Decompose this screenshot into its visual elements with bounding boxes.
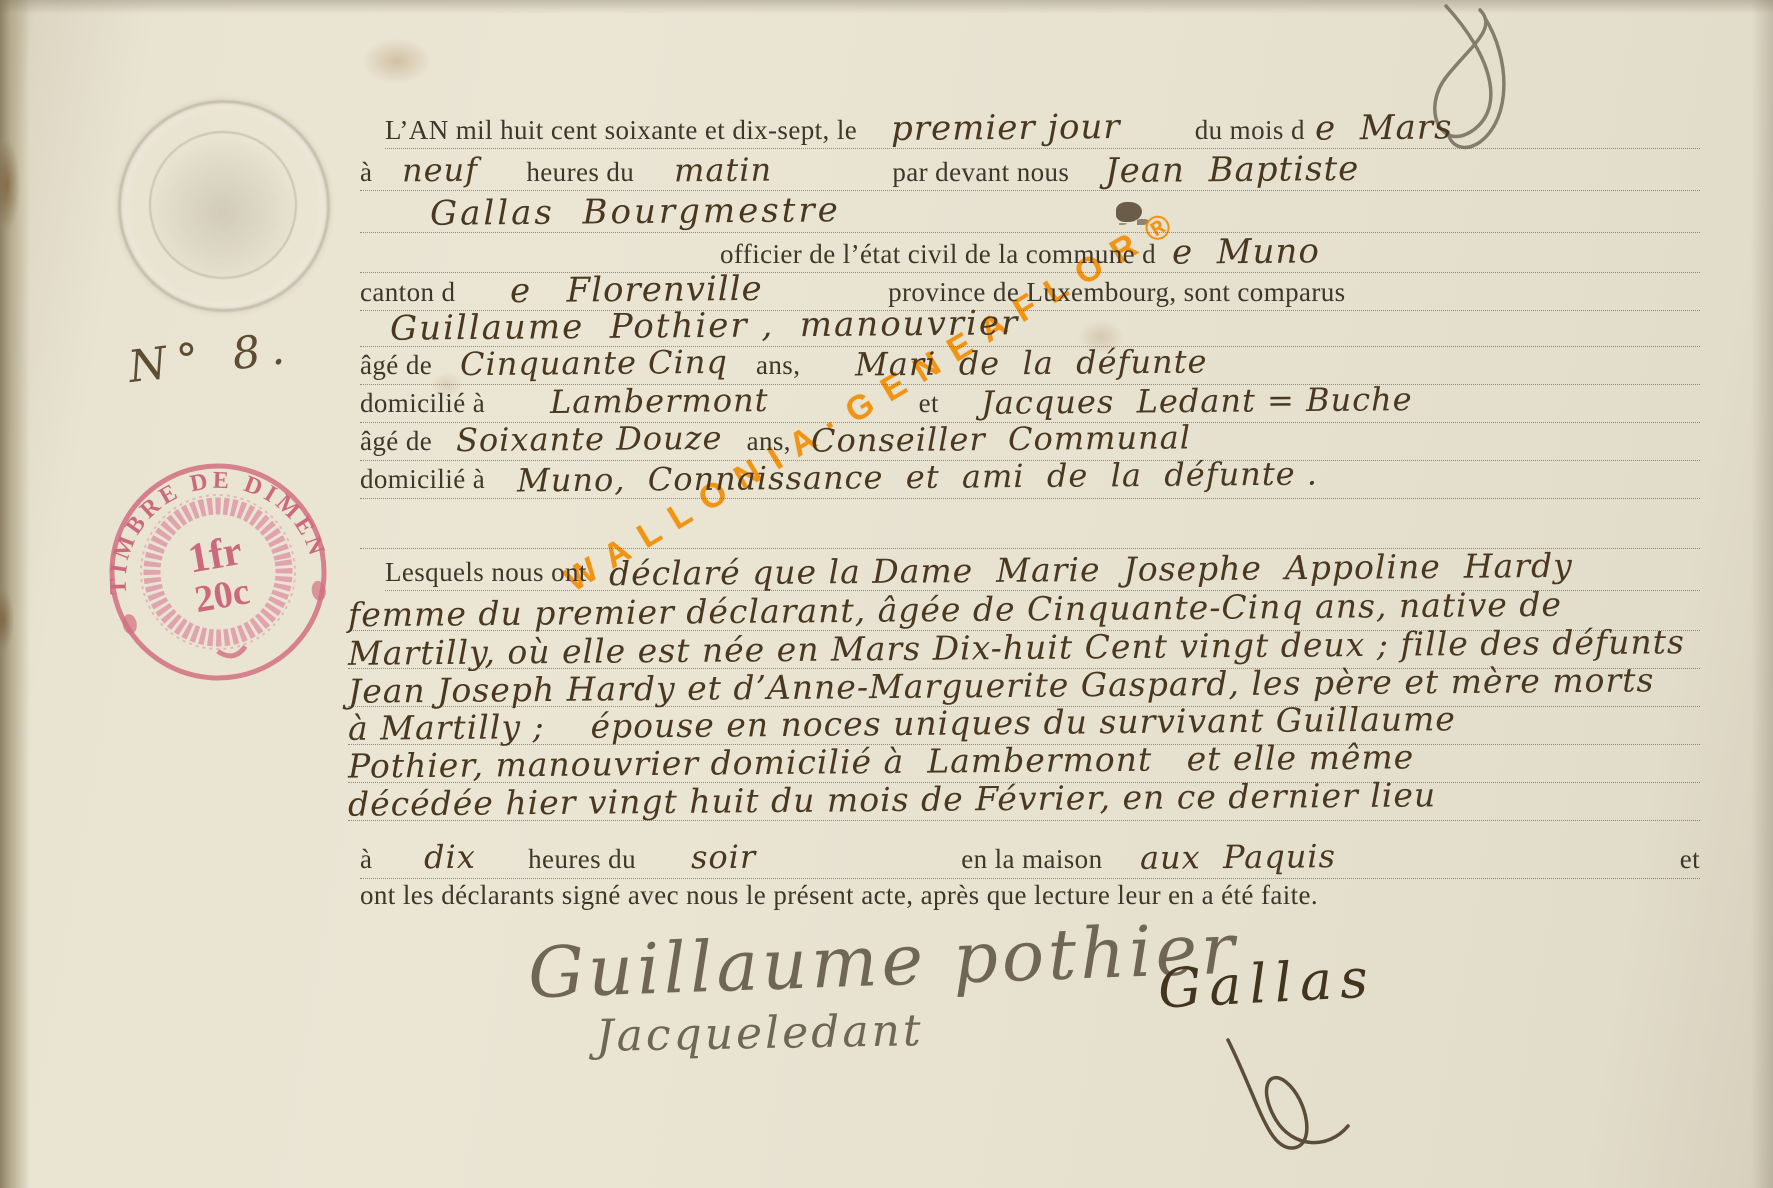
stamp-value-bottom: 20c xyxy=(192,570,253,621)
handwritten-entry: Muno, Connaissance et ami de la défunte … xyxy=(517,455,1318,500)
form-line-blank xyxy=(360,508,1700,549)
handwritten-entry: neuf xyxy=(402,151,478,190)
civil-register-page: N° 8. TIMBRE DE DIMENSION. 1fr 20c WALLO… xyxy=(0,0,1773,1188)
signature-bourgmestre: Gallas xyxy=(1157,946,1378,1020)
form-line-5: canton d e Florenville province de Luxem… xyxy=(360,270,1700,311)
printed-text: à xyxy=(360,844,372,875)
printed-text: domicilié à xyxy=(360,388,485,419)
handwritten-entry: décédée hier vingt huit du mois de Févri… xyxy=(348,775,1436,823)
form-line-7: âgé de Cinquante Cinq ans, Mari de la dé… xyxy=(360,344,1700,385)
printed-text: en la maison xyxy=(961,844,1102,875)
paper-stain xyxy=(362,38,432,84)
handwritten-entry: soir xyxy=(691,838,757,877)
form-line-17: Pothier, manouvrier domicilié à Lambermo… xyxy=(348,742,1700,783)
printed-text: ans, xyxy=(756,350,800,381)
handwritten-entry: Jean Baptiste xyxy=(1105,149,1360,191)
revenue-stamp: TIMBRE DE DIMENSION. 1fr 20c xyxy=(86,438,351,706)
printed-text: L’AN mil huit cent soixante et dix-sept,… xyxy=(385,115,857,146)
binding-edge xyxy=(0,0,30,1188)
printed-text: heures du xyxy=(528,844,636,875)
printed-text: Lesquels nous ont xyxy=(385,557,587,588)
embossed-seal xyxy=(118,100,330,312)
handwritten-entry: dix xyxy=(424,838,476,876)
handwritten-entry: Gallas Bourgmestre xyxy=(430,190,841,234)
printed-text: et xyxy=(1680,844,1700,875)
form-line-9: âgé de Soixante Douze ans, Conseiller Co… xyxy=(360,420,1700,461)
handwritten-entry: Jacques Ledant = Buche xyxy=(981,380,1413,422)
handwritten-entry: premier jour xyxy=(891,107,1121,149)
form-line-10: domicilié à Muno, Connaissance et ami de… xyxy=(360,458,1700,499)
page-edge-right xyxy=(1751,0,1773,1188)
handwritten-entry: e Florenville xyxy=(510,269,763,311)
signature-jacques-ledant: Jacqueledant xyxy=(596,1005,924,1062)
printed-text: officier de l’état civil de la commune d xyxy=(720,239,1156,270)
printed-text: ont les déclarants signé avec nous le pr… xyxy=(360,880,1318,911)
printed-text: heures du xyxy=(526,157,634,188)
handwritten-entry: e Muno xyxy=(1172,231,1320,272)
signature-guillaume-pothier: Guillaume pothier xyxy=(527,908,1240,1015)
signature-flourish xyxy=(1198,1030,1368,1180)
handwritten-entry: matin xyxy=(674,151,772,190)
printed-text: et xyxy=(919,388,939,419)
form-line-3: Gallas Bourgmestre xyxy=(360,192,1700,233)
printed-text: à xyxy=(360,157,372,188)
form-line-19: à dix heures du soir en la maison aux Pa… xyxy=(360,838,1700,879)
handwritten-entry: Mari de la défunte xyxy=(855,342,1208,383)
form-line-4: officier de l’état civil de la commune d… xyxy=(360,232,1700,273)
printed-text: canton d xyxy=(360,277,455,308)
handwritten-entry: Guillaume Pothier , manouvrier xyxy=(390,303,1020,348)
printed-text: âgé de xyxy=(360,350,432,381)
form-line-18: décédée hier vingt huit du mois de Févri… xyxy=(348,780,1700,821)
form-line-6: Guillaume Pothier , manouvrier xyxy=(360,306,1700,347)
form-line-15: Jean Joseph Hardy et d’Anne-Marguerite G… xyxy=(348,666,1700,707)
printed-text: domicilié à xyxy=(360,464,485,495)
form-line-2: à neuf heures du matin par devant nous J… xyxy=(360,150,1700,191)
form-line-16: à Martilly ; épouse en noces uniques du … xyxy=(348,704,1700,745)
handwritten-entry: Cinquante Cinq xyxy=(460,343,728,383)
form-line-1: L’AN mil huit cent soixante et dix-sept,… xyxy=(385,108,1700,149)
printed-text: âgé de xyxy=(360,426,432,457)
printed-text: par devant nous xyxy=(892,157,1069,188)
printed-text: ans, xyxy=(747,426,791,457)
handwritten-entry: Conseiller Communal xyxy=(811,418,1191,459)
act-number: N° 8. xyxy=(126,318,331,393)
printed-text: du mois d xyxy=(1195,115,1305,146)
page-edge-top xyxy=(0,0,1773,14)
handwritten-entry: aux Paquis xyxy=(1140,837,1336,877)
handwritten-entry: Lambermont xyxy=(550,381,769,421)
embossed-seal-center xyxy=(149,131,297,279)
handwritten-entry: e Mars xyxy=(1315,107,1453,148)
handwritten-entry: Soixante Douze xyxy=(456,419,723,459)
form-line-8: domicilié à Lambermont et Jacques Ledant… xyxy=(360,382,1700,423)
